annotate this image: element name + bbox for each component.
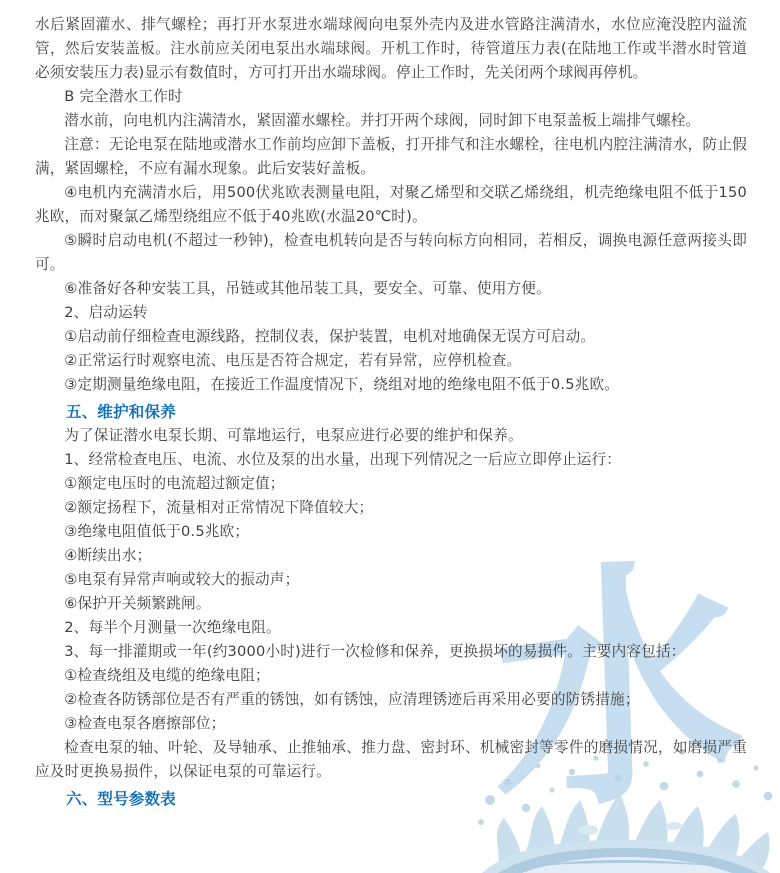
body-paragraph: ③定期测量绝缘电阻，在接近工作温度情况下，绕组对地的绝缘电阻不低于0.5兆欧。 — [35, 373, 747, 397]
body-paragraph: 注意：无论电泵在陆地或潜水工作前均应卸下盖板，打开排气和注水螺栓，往电机内腔注满… — [35, 133, 747, 181]
section-heading: 五、维护和保养 — [35, 400, 747, 424]
body-paragraph: ⑥准备好各种安装工具，吊链或其他吊装工具，要安全、可靠、使用方便。 — [35, 277, 747, 301]
body-paragraph: ②正常运行时观察电流、电压是否符合规定，若有异常，应停机检查。 — [35, 349, 747, 373]
body-paragraph: ⑥保护开关频繁跳闸。 — [35, 592, 747, 616]
body-paragraph: 3、每一排灌期或一年(约3000小时)进行一次检修和保养，更换损坏的易损件。主要… — [35, 640, 747, 664]
body-paragraph: 检查电泵的轴、叶轮、及导轴承、止推轴承、推力盘、密封环、机械密封等零件的磨损情况… — [35, 736, 747, 784]
body-paragraph: ③检查电泵各磨擦部位； — [35, 712, 747, 736]
body-paragraph: ③绝缘电阻值低于0.5兆欧； — [35, 520, 747, 544]
section-heading: 六、型号参数表 — [35, 787, 747, 811]
body-paragraph: 2、每半个月测量一次绝缘电阻。 — [35, 616, 747, 640]
body-paragraph: ②额定扬程下，流量相对正常情况下降值较大； — [35, 496, 747, 520]
document-page: 水 — [0, 0, 780, 873]
body-paragraph: 水后紧固灌水、排气螺栓；再打开水泵进水端球阀向电泵外壳内及进水管路注满清水，水位… — [35, 13, 747, 85]
body-paragraph: ②检查各防锈部位是否有严重的锈蚀，如有锈蚀，应清理锈迹后再采用必要的防锈措施； — [35, 688, 747, 712]
body-paragraph: ④断续出水； — [35, 544, 747, 568]
body-paragraph: 潜水前，向电机内注满清水，紧固灌水螺栓。并打开两个球阀，同时卸下电泵盖板上端排气… — [35, 109, 747, 133]
body-paragraph: B 完全潜水工作时 — [35, 85, 747, 109]
body-paragraph: ④电机内充满清水后，用500伏兆欧表测量电阻，对聚乙烯型和交联乙烯绕组，机壳绝缘… — [35, 181, 747, 229]
body-paragraph: 1、经常检查电压、电流、水位及泵的出水量，出现下列情况之一后应立即停止运行： — [35, 448, 747, 472]
body-paragraph: ①额定电压时的电流超过额定值； — [35, 472, 747, 496]
document-content: 水后紧固灌水、排气螺栓；再打开水泵进水端球阀向电泵外壳内及进水管路注满清水，水位… — [35, 13, 747, 811]
body-paragraph: 为了保证潜水电泵长期、可靠地运行，电泵应进行必要的维护和保养。 — [35, 424, 747, 448]
body-paragraph: ①启动前仔细检查电源线路，控制仪表，保护装置，电机对地确保无误方可启动。 — [35, 325, 747, 349]
body-paragraph: ⑤电泵有异常声响或较大的振动声； — [35, 568, 747, 592]
body-paragraph: ①检查绕组及电缆的绝缘电阻； — [35, 664, 747, 688]
body-paragraph: 2、启动运转 — [35, 301, 747, 325]
body-paragraph: ⑤瞬时启动电机(不超过一秒钟)，检查电机转向是否与转向标方向相同，若相反，调换电… — [35, 229, 747, 277]
